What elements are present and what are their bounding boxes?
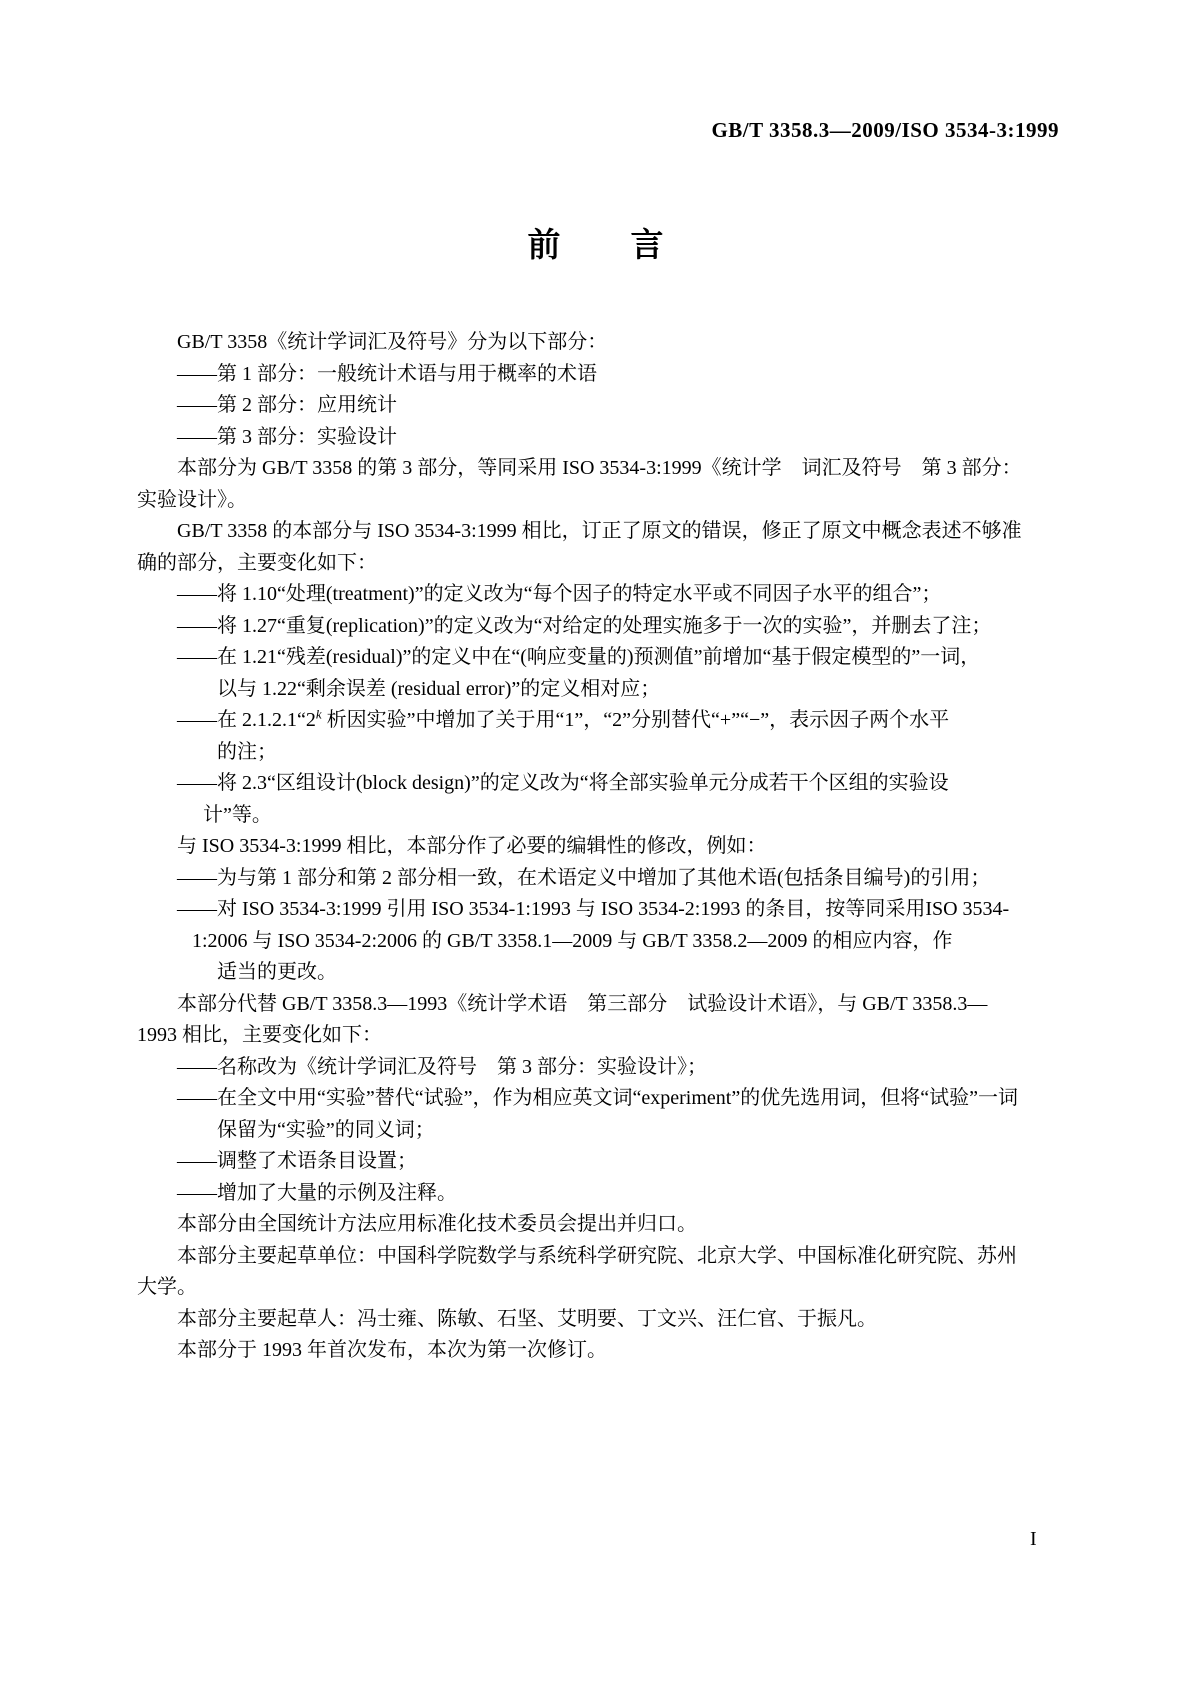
text-line: ——在全文中用“实验”替代“试验”，作为相应英文词“experiment”的优先…: [137, 1083, 1067, 1115]
text-line: GB/T 3358《统计学词汇及符号》分为以下部分：: [137, 327, 1067, 359]
text-line: 计”等。: [137, 800, 1067, 832]
text-line: 实验设计》。: [137, 485, 1067, 517]
foreword-body: GB/T 3358《统计学词汇及符号》分为以下部分：——第 1 部分：一般统计术…: [137, 327, 1067, 1367]
text-line: ——第 2 部分：应用统计: [137, 390, 1067, 422]
text-line: 本部分由全国统计方法应用标准化技术委员会提出并归口。: [137, 1209, 1067, 1241]
document-page: GB/T 3358.3—2009/ISO 3534-3:1999 前 言 GB/…: [0, 0, 1191, 1684]
text-line: 确的部分，主要变化如下：: [137, 548, 1067, 580]
title-char-yan: 言: [631, 226, 664, 264]
text-line: 适当的更改。: [137, 957, 1067, 989]
text-line: 本部分于 1993 年首次发布，本次为第一次修订。: [137, 1335, 1067, 1367]
text-line: ——调整了术语条目设置；: [137, 1146, 1067, 1178]
page-number: I: [1030, 1528, 1037, 1551]
text-line: 本部分代替 GB/T 3358.3—1993《统计学术语 第三部分 试验设计术语…: [137, 989, 1067, 1021]
superscript: k: [316, 706, 322, 721]
page-title: 前 言: [0, 226, 1191, 264]
text-line: 大学。: [137, 1272, 1067, 1304]
text-line: ——为与第 1 部分和第 2 部分相一致，在术语定义中增加了其他术语(包括条目编…: [137, 863, 1067, 895]
text-line: ——在 1.21“残差(residual)”的定义中在“(响应变量的)预测值”前…: [137, 642, 1067, 674]
text-line: ——在 2.1.2.1“2k 析因实验”中增加了关于用“1”，“2”分别替代“+…: [137, 705, 1067, 737]
title-char-qian: 前: [528, 226, 561, 264]
text-line: ——增加了大量的示例及注释。: [137, 1178, 1067, 1210]
text-line: 1993 相比，主要变化如下：: [137, 1020, 1067, 1052]
text-line: 与 ISO 3534-3:1999 相比，本部分作了必要的编辑性的修改，例如：: [137, 831, 1067, 863]
text-line: 1:2006 与 ISO 3534-2:2006 的 GB/T 3358.1—2…: [137, 926, 1067, 958]
text-line: ——将 1.27“重复(replication)”的定义改为“对给定的处理实施多…: [137, 611, 1067, 643]
text-line: 本部分主要起草人：冯士雍、陈敏、石坚、艾明要、丁文兴、汪仁官、于振凡。: [137, 1304, 1067, 1336]
text-line: 保留为“实验”的同义词；: [137, 1115, 1067, 1147]
text-line: ——第 3 部分：实验设计: [137, 422, 1067, 454]
text-line: 本部分主要起草单位：中国科学院数学与系统科学研究院、北京大学、中国标准化研究院、…: [137, 1241, 1067, 1273]
text-line: 以与 1.22“剩余误差 (residual error)”的定义相对应；: [137, 674, 1067, 706]
standard-number-header: GB/T 3358.3—2009/ISO 3534-3:1999: [711, 118, 1059, 143]
text-line: ——名称改为《统计学词汇及符号 第 3 部分：实验设计》；: [137, 1052, 1067, 1084]
text-line: GB/T 3358 的本部分与 ISO 3534-3:1999 相比，订正了原文…: [137, 516, 1067, 548]
text-line: 的注；: [137, 737, 1067, 769]
text-line: ——第 1 部分：一般统计术语与用于概率的术语: [137, 359, 1067, 391]
text-line: ——对 ISO 3534-3:1999 引用 ISO 3534-1:1993 与…: [137, 894, 1067, 926]
text-line: ——将 2.3“区组设计(block design)”的定义改为“将全部实验单元…: [137, 768, 1067, 800]
text-line: 本部分为 GB/T 3358 的第 3 部分，等同采用 ISO 3534-3:1…: [137, 453, 1067, 485]
text-line: ——将 1.10“处理(treatment)”的定义改为“每个因子的特定水平或不…: [137, 579, 1067, 611]
